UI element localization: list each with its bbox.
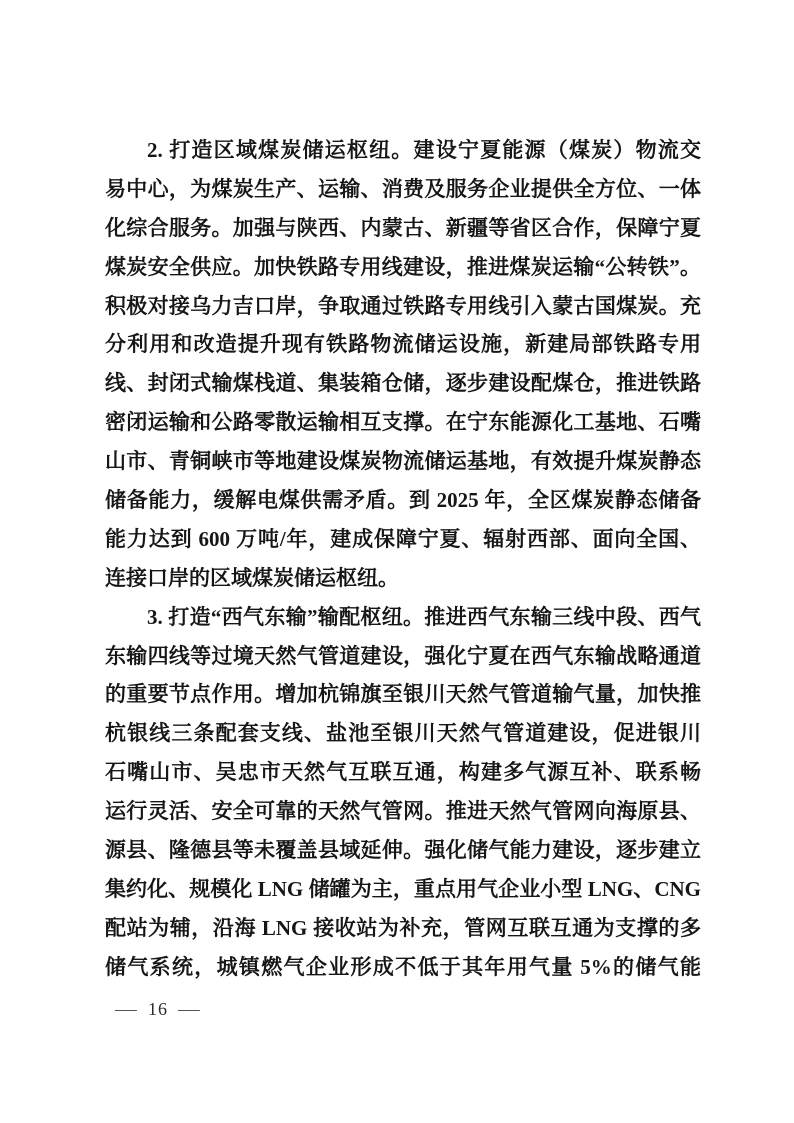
text-line: 杭银线三条配套支线、盐池至银川天然气管道建设，促进银川市、 <box>105 714 701 753</box>
text-line: 储备能力，缓解电煤供需矛盾。到 2025 年，全区煤炭静态储备 <box>105 481 701 520</box>
page-number: 16 <box>148 999 168 1020</box>
text-line: 线、封闭式输煤栈道、集装箱仓储，逐步建设配煤仓，推进铁路 <box>105 364 701 403</box>
text-line: 积极对接乌力吉口岸，争取通过铁路专用线引入蒙古国煤炭。充 <box>105 287 701 326</box>
page-footer: — 16 — <box>117 999 199 1020</box>
text-line: 山市、青铜峡市等地建设煤炭物流储运基地，有效提升煤炭静态 <box>105 442 701 481</box>
text-line: 储气系统，城镇燃气企业形成不低于其年用气量 5%的储气能力， <box>105 948 701 987</box>
text-line: 分利用和改造提升现有铁路物流储运设施，新建局部铁路专用 <box>105 325 701 364</box>
paragraph-item-3: 3. 打造“西气东输”输配枢纽。推进西气东输三线中段、西气 东输四线等过境天然气… <box>105 598 701 987</box>
text-line: 的重要节点作用。增加杭锦旗至银川天然气管道输气量，加快推进 <box>105 675 701 714</box>
paragraph-item-2: 2. 打造区域煤炭储运枢纽。建设宁夏能源（煤炭）物流交 易中心，为煤炭生产、运输… <box>105 131 701 598</box>
text-line: 煤炭安全供应。加快铁路专用线建设，推进煤炭运输“公转铁”。 <box>105 248 701 287</box>
text-line: 配站为辅，沿海 LNG 接收站为补充，管网互联互通为支撑的多层次 <box>105 909 701 948</box>
footer-dash-right: — <box>178 999 201 1020</box>
text-line: 集约化、规模化 LNG 储罐为主，重点用气企业小型 LNG、CNG 储 <box>105 870 701 909</box>
text-line: 3. 打造“西气东输”输配枢纽。推进西气东输三线中段、西气 <box>105 598 701 637</box>
document-body: 2. 打造区域煤炭储运枢纽。建设宁夏能源（煤炭）物流交 易中心，为煤炭生产、运输… <box>105 131 701 987</box>
text-line: 连接口岸的区域煤炭储运枢纽。 <box>105 559 701 598</box>
text-line: 石嘴山市、吴忠市天然气互联互通，构建多气源互补、联系畅通、 <box>105 753 701 792</box>
text-line: 运行灵活、安全可靠的天然气管网。推进天然气管网向海原县、泾 <box>105 792 701 831</box>
footer-dash-left: — <box>115 999 138 1020</box>
text-line: 能力达到 600 万吨/年，建成保障宁夏、辐射西部、面向全国、 <box>105 520 701 559</box>
text-line: 源县、隆德县等未覆盖县域延伸。强化储气能力建设，逐步建立以 <box>105 831 701 870</box>
text-line: 密闭运输和公路零散运输相互支撑。在宁东能源化工基地、石嘴 <box>105 403 701 442</box>
text-line: 2. 打造区域煤炭储运枢纽。建设宁夏能源（煤炭）物流交 <box>105 131 701 170</box>
document-page: 2. 打造区域煤炭储运枢纽。建设宁夏能源（煤炭）物流交 易中心，为煤炭生产、运输… <box>0 0 794 1123</box>
text-line: 化综合服务。加强与陕西、内蒙古、新疆等省区合作，保障宁夏 <box>105 209 701 248</box>
text-line: 东输四线等过境天然气管道建设，强化宁夏在西气东输战略通道中 <box>105 637 701 676</box>
text-line: 易中心，为煤炭生产、运输、消费及服务企业提供全方位、一体 <box>105 170 701 209</box>
